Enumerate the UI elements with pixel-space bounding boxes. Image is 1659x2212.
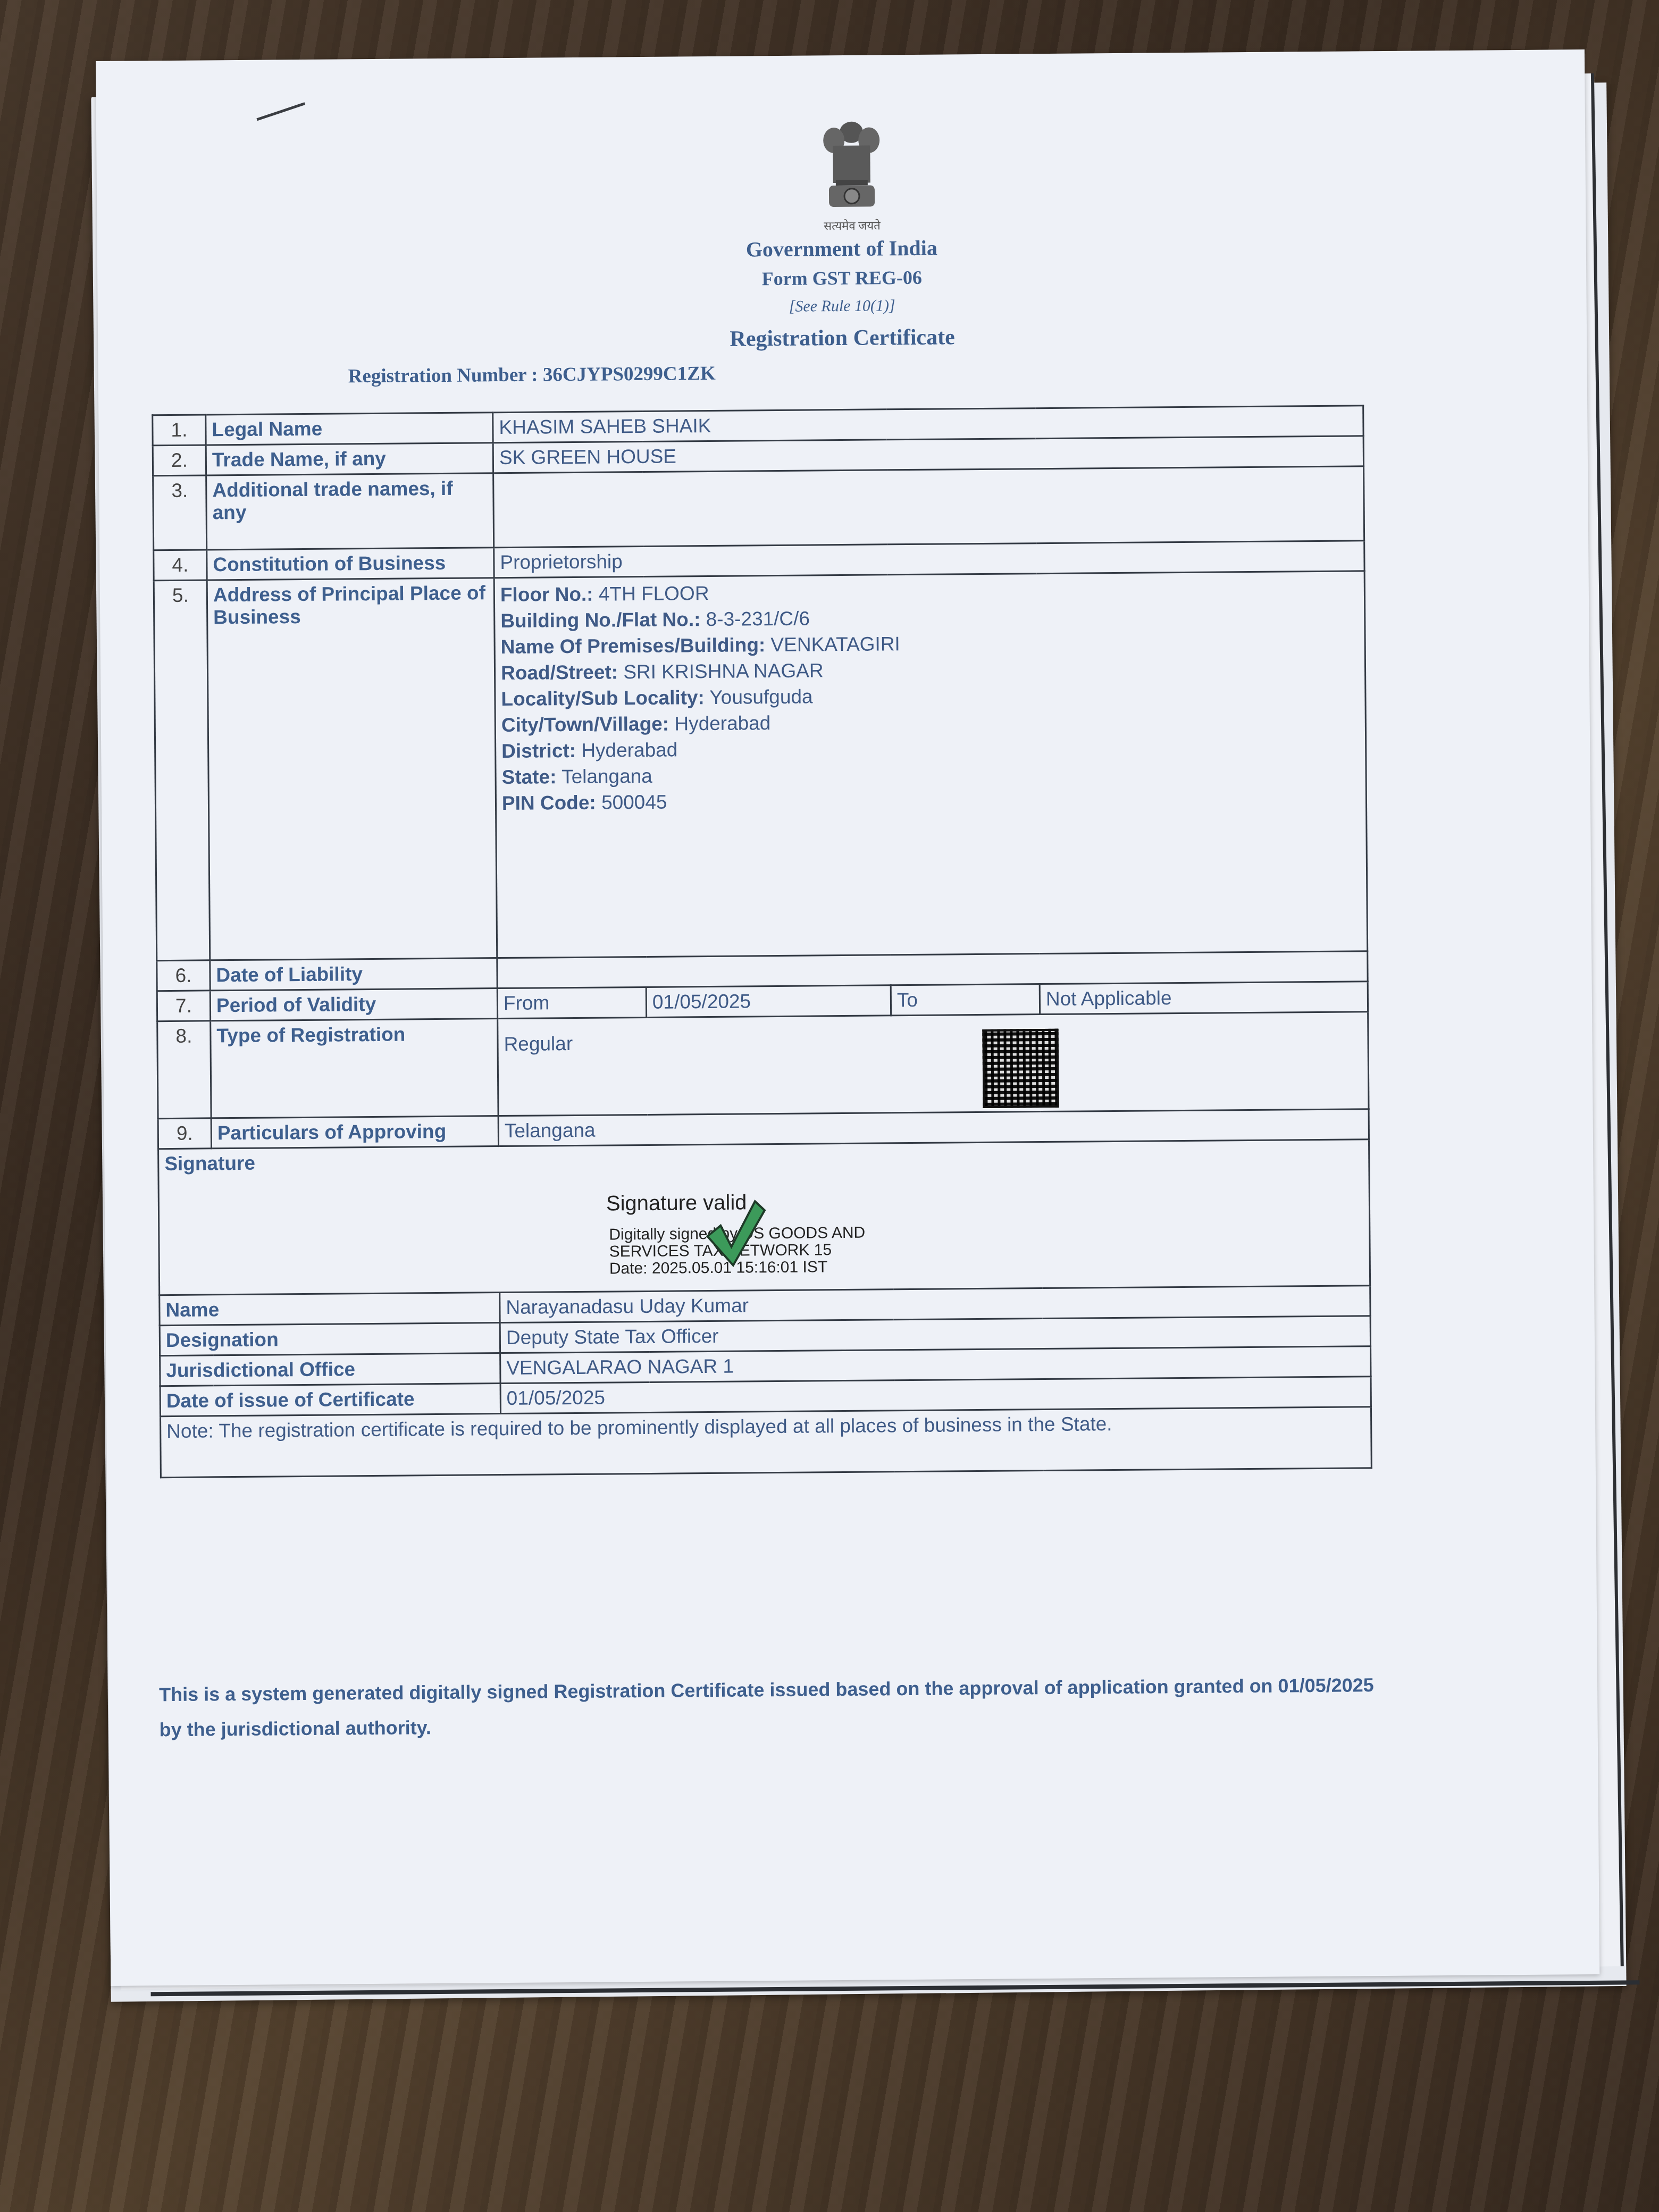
system-generated-footer: This is a system generated digitally sig… (159, 1668, 1382, 1747)
row-label: Date of Liability (210, 958, 497, 991)
validity-from-label: From (497, 987, 646, 1018)
signature-cell: Signature Signature valid Digitally sign… (158, 1139, 1370, 1295)
registration-type-cell: Regular (498, 1012, 1369, 1116)
row-number: 9. (158, 1118, 211, 1149)
national-emblem-icon (817, 116, 886, 217)
display-note: Note: The registration certificate is re… (161, 1407, 1372, 1478)
government-heading: Government of India (97, 230, 1586, 267)
certificate-page: सत्यमेव जयते Government of India Form GS… (96, 49, 1599, 1986)
officer-name-label: Name (160, 1293, 500, 1326)
row-number: 5. (154, 580, 210, 961)
certificate-table: 1. Legal Name KHASIM SAHEB SHAIK 2. Trad… (152, 405, 1372, 1478)
jurisdictional-office-label: Jurisdictional Office (160, 1353, 500, 1386)
registration-type-value: Regular (504, 1033, 573, 1055)
form-heading: Form GST REG-06 (97, 261, 1586, 295)
rule-reference: [See Rule 10(1)] (98, 291, 1587, 321)
certificate-title: Registration Certificate (98, 320, 1587, 357)
signature-label: Signature (164, 1152, 255, 1175)
validity-to-value: Not Applicable (1040, 982, 1368, 1015)
row-label: Address of Principal Place of Business (207, 578, 497, 960)
issue-date-label: Date of issue of Certificate (160, 1384, 500, 1417)
note-row: Note: The registration certificate is re… (161, 1407, 1372, 1478)
emblem-motto: सत्यमेव जयते (804, 217, 900, 233)
table-row: 8. Type of Registration Regular (157, 1012, 1369, 1119)
additional-trade-names-value (493, 466, 1364, 548)
row-label: Type of Registration (211, 1019, 498, 1118)
row-label: Legal Name (206, 413, 493, 445)
row-number: 1. (153, 415, 206, 446)
row-label: Constitution of Business (207, 548, 494, 580)
table-row: 3. Additional trade names, if any (153, 466, 1364, 550)
validity-from-value: 01/05/2025 (646, 985, 891, 1018)
signature-row: Signature Signature valid Digitally sign… (158, 1139, 1370, 1295)
validity-to-label: To (891, 984, 1040, 1016)
pencil-mark (256, 102, 305, 121)
row-number: 6. (157, 960, 210, 991)
row-label: Particulars of Approving (211, 1116, 498, 1149)
row-number: 4. (154, 550, 207, 581)
registration-number: Registration Number : 36CJYPS0299C1ZK (348, 362, 716, 388)
qr-code-icon (982, 1029, 1059, 1108)
table-row: 5. Address of Principal Place of Busines… (154, 571, 1368, 961)
address-value: Floor No.: 4TH FLOOR Building No./Flat N… (494, 571, 1368, 958)
designation-label: Designation (160, 1323, 500, 1356)
green-checkmark-icon (702, 1199, 766, 1268)
registration-number-label: Registration Number : (348, 364, 538, 387)
registration-number-value: 36CJYPS0299C1ZK (543, 363, 716, 386)
row-number: 3. (153, 475, 207, 550)
row-label: Trade Name, if any (206, 443, 493, 475)
row-label: Period of Validity (210, 988, 497, 1021)
row-number: 7. (157, 991, 210, 1021)
row-label: Additional trade names, if any (206, 473, 494, 550)
row-number: 2. (153, 445, 206, 476)
row-number: 8. (157, 1021, 211, 1119)
